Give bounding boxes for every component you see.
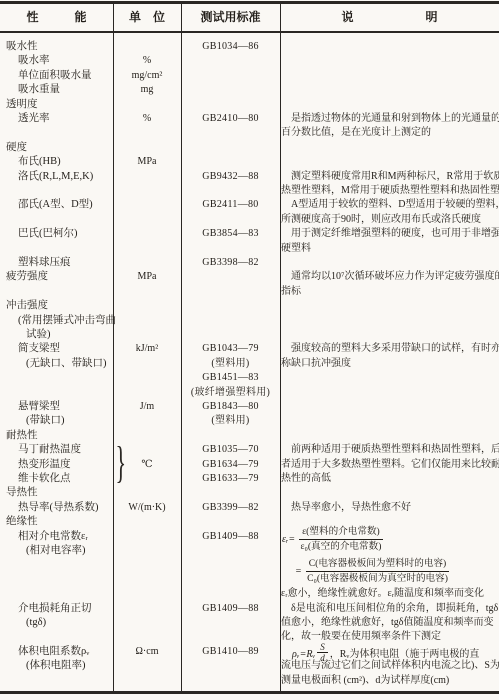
cell-standard: GB1410—89 [181,645,280,659]
table-row: 体积电阻系数ρᵥΩ·cmGB1410—89 ρᵥ=RᵥSd，Rᵥ为体积电阻（施于… [0,645,499,659]
cell-explanation: 热塑性塑料，M常用于硬质热塑性塑料和热固性塑料 [281,184,499,198]
cell-explanation: 强度较高的塑料大多采用带缺口的试样，有时亦 [281,342,499,356]
table-row: 试验) [0,328,499,342]
cell-explanation: δ是电流和电压间相位角的余角，即损耗角，tgδ [281,602,499,616]
table-row: 吸水性GB1034—86 [0,40,499,54]
table-row: 吸水率% [0,54,499,68]
cell-standard: GB1451—83 [181,371,280,385]
cell-property: 悬臂梁型 [0,400,131,414]
cell-standard: GB2411—80 [181,198,280,212]
cell-explanation: 化，故一般要在使用频率条件下测定 [281,630,499,644]
cell-unit: % [113,54,181,68]
table-row: 导热性 [0,486,499,500]
table-row: 热导率(导热系数)W/(m·K)GB3399—82 热导率愈小，导热性愈不好 [0,501,499,515]
cell-property: 相对介电常数εᵣ [0,530,131,544]
table-row: 冲击强度 [0,299,499,313]
cell-property: 单位面积吸水量 [0,69,131,83]
cell-standard: GB1634—79 [181,458,280,472]
table-row: 硬塑料 [0,242,499,256]
cell-standard: GB3399—82 [181,501,280,515]
column-header-standard: 测试用标准 [181,4,280,30]
cell-standard: GB9432—88 [181,170,280,184]
table-row: εᵣ愈小，绝缘性就愈好。εᵣ随温度和频率而变化 [0,587,499,601]
cell-explanation: 指标 [281,285,499,299]
table-row: (tgδ)值愈小，绝缘性就愈好，tgδ值随温度和频率而变 [0,616,499,630]
cell-property: (带缺口) [0,414,139,428]
formula-f3: ρᵥ=RᵥSd，Rᵥ为体积电阻（施于两电极的直 [282,645,499,659]
fraction-numerator: C(电容器极板间为塑料时的电容) [306,558,450,572]
table-row: 巴氏(巴柯尔)GB3854—83 用于测定纤维增强塑料的硬度，也可用于非增强 [0,227,499,241]
cell-property: 冲击强度 [0,299,119,313]
fraction-numerator: ε(塑料的介电常数) [299,526,383,540]
cell-explanation: 所测硬度高于90时，则应改用布氏或洛氏硬度 [281,213,499,227]
cell-property: 巴氏(巴柯尔) [0,227,131,241]
cell-property: (tgδ) [0,616,139,630]
table-row: =C(电容器极板间为塑料时的电容)C₀(电容器极板间为真空时的电容) [0,558,499,572]
header-divider [0,31,499,33]
cell-property: (常用摆锤式冲击弯曲 [0,314,131,328]
cell-property: 导热性 [0,486,119,500]
cell-standard: GB3854—83 [181,227,280,241]
table-row: 热塑性塑料，M常用于硬质热塑性塑料和热固性塑料 [0,184,499,198]
cell-property: 体积电阻系数ρᵥ [0,645,131,659]
table-row: 指标 [0,285,499,299]
formula-pre: ρᵥ=Rᵥ [282,645,315,660]
column-header-property: 性 能 [0,4,113,30]
table-row: 马丁耐热温度GB1035—70 前两种适用于硬质热塑性塑料和热固性塑料，后} [0,443,499,457]
cell-explanation: εᵣ愈小，绝缘性就愈好。εᵣ随温度和频率而变化 [281,587,499,601]
cell-property: 热导率(导热系数) [0,501,131,515]
cell-explanation: A型适用于较软的塑料、D型适用于较硬的塑料， [281,198,499,212]
cell-standard: GB1633—79 [181,472,280,486]
table-bottom-border [0,691,499,694]
cell-unit: kJ/m² [113,342,181,356]
table-row: 疲劳强度MPa 通常均以10⁷次循环破坏应力作为评定疲劳强度的 [0,270,499,284]
table-row: (常用摆锤式冲击弯曲 [0,314,499,328]
table-row: 透明度 [0,98,499,112]
cell-explanation: 称缺口抗冲强度 [281,357,499,371]
cell-standard: GB1843—80 [181,400,280,414]
cell-explanation: 测量电极面积 (cm²)、d为试样厚度(cm) [281,674,499,688]
table-row: 维卡软化点GB1633—79热性的高低 [0,472,499,486]
table-row: 吸水重量mg [0,83,499,97]
cell-explanation: 流电压与流过它们之间试样体积内电流之比)、S为 [281,659,499,673]
cell-property: (无缺口、带缺口) [0,357,139,371]
table-row: 测量电极面积 (cm²)、d为试样厚度(cm) [0,674,499,688]
cell-unit: J/m [113,400,181,414]
cell-property: 试验) [0,328,139,342]
column-header-unit: 单 位 [113,4,181,30]
cell-property: 塑料球压痕 [0,256,131,270]
table-row: (无缺口、带缺口)(塑料用)称缺口抗冲强度 [0,357,499,371]
cell-property: 马丁耐热温度 [0,443,131,457]
column-header-explanation: 说 明 [280,4,499,30]
cell-standard: (玻纤增强塑料用) [181,386,280,400]
fraction-numerator: S [317,642,328,653]
table-row: 介电损耗角正切GB1409—88 δ是电流和电压间相位角的余角，即损耗角，tgδ [0,602,499,616]
table-row: (带缺口)(塑料用) [0,414,499,428]
cell-property: 透光率 [0,112,131,126]
cell-property: (相对电容率) [0,544,139,558]
cell-property: 维卡软化点 [0,472,131,486]
cell-property: 介电损耗角正切 [0,602,131,616]
cell-unit: Ω·cm [113,645,181,659]
cell-explanation: 热导率愈小，导热性愈不好 [281,501,499,515]
table-row: 塑料球压痕GB3398—82 [0,256,499,270]
cell-property: 疲劳强度 [0,270,119,284]
cell-standard: (塑料用) [181,357,280,371]
table-row: 所测硬度高于90时，则应改用布氏或洛氏硬度 [0,213,499,227]
formula-lhs: εᵣ= [282,534,295,545]
table-row: 简支梁型kJ/m²GB1043—79 强度较高的塑料大多采用带缺口的试样，有时亦 [0,342,499,356]
cell-unit: W/(m·K) [113,501,181,515]
cell-property: (体积电阻率) [0,659,139,673]
table-row [0,573,499,587]
scanned-document-page: 性 能 单 位 测试用标准 说 明 吸水性GB1034—86吸水率%单位面积吸水… [0,0,499,700]
cell-standard: GB1409—88 [181,602,280,616]
cell-explanation: 值愈小，绝缘性就愈好，tgδ值随温度和频率而变 [281,616,499,630]
cell-standard: GB1043—79 [181,342,280,356]
table-row: 布氏(HB)MPa [0,155,499,169]
cell-property: 邵氏(A型、D型) [0,198,131,212]
cell-property: 吸水率 [0,54,131,68]
cell-property: 吸水性 [0,40,119,54]
cell-standard: GB1035—70 [181,443,280,457]
cell-explanation: 用于测定纤维增强塑料的硬度，也可用于非增强 [281,227,499,241]
cell-explanation: 前两种适用于硬质热塑性塑料和热固性塑料，后 [281,443,499,457]
table-row: 邵氏(A型、D型)GB2411—80 A型适用于较软的塑料、D型适用于较硬的塑料… [0,198,499,212]
cell-unit: mg [113,83,181,97]
cell-property: 简支梁型 [0,342,131,356]
table-row: 耐热性 [0,429,499,443]
table-row: 洛氏(R,L,M,E,K)GB9432—88 测定塑料硬度常用R和M两种标尺，R… [0,170,499,184]
cell-property: 绝缘性 [0,515,119,529]
table-row: GB1451—83 [0,371,499,385]
cell-explanation: 通常均以10⁷次循环破坏应力作为评定疲劳强度的 [281,270,499,284]
table-row: (体积电阻率)流电压与流过它们之间试样体积内电流之比)、S为 [0,659,499,673]
cell-property: 吸水重量 [0,83,131,97]
table-row: (相对电容率) [0,544,499,558]
cell-unit: MPa [113,155,181,169]
table-row: 硬度 [0,141,499,155]
cell-explanation: 硬塑料 [281,242,499,256]
cell-property: 硬度 [0,141,119,155]
cell-standard: GB1034—86 [181,40,280,54]
cell-standard: GB3398—82 [181,256,280,270]
table-row: 相对介电常数εᵣGB1409—88εᵣ=ε(塑料的介电常数)ε₀(真空的介电常数… [0,530,499,544]
cell-standard: (塑料用) [181,414,280,428]
cell-property: 热变形温度 [0,458,131,472]
cell-explanation: 热性的高低 [281,472,499,486]
cell-explanation: 百分数比值，是在光度计上测定的 [281,126,499,140]
cell-standard: GB1409—88 [181,530,280,544]
table-row: 单位面积吸水量mg/cm² [0,69,499,83]
cell-explanation: 者适用于大多数热塑性塑料。它们仅能用来比较耐 [281,458,499,472]
cell-property: 耐热性 [0,429,119,443]
cell-property: 洛氏(R,L,M,E,K) [0,170,131,184]
cell-unit: mg/cm² [113,69,181,83]
table-row: 百分数比值，是在光度计上测定的 [0,126,499,140]
cell-standard: GB2410—80 [181,112,280,126]
cell-unit: MPa [113,270,181,284]
cell-unit: ℃ [113,458,181,472]
table-row: (玻纤增强塑料用) [0,386,499,400]
table-row: 热变形温度℃GB1634—79者适用于大多数热塑性塑料。它们仅能用来比较耐 [0,458,499,472]
formula-post: ，Rᵥ为体积电阻（施于两电极的直 [330,645,480,660]
cell-property: 透明度 [0,98,119,112]
table-row: 化，故一般要在使用频率条件下测定 [0,630,499,644]
cell-explanation: 测定塑料硬度常用R和M两种标尺，R常用于软质 [281,170,499,184]
table-row: 悬臂梁型J/mGB1843—80 [0,400,499,414]
cell-property: 布氏(HB) [0,155,131,169]
cell-unit: % [113,112,181,126]
cell-explanation: 是指透过物体的光通量和射到物体上的光通量的 [281,112,499,126]
table-row: 透光率%GB2410—80 是指透过物体的光通量和射到物体上的光通量的 [0,112,499,126]
